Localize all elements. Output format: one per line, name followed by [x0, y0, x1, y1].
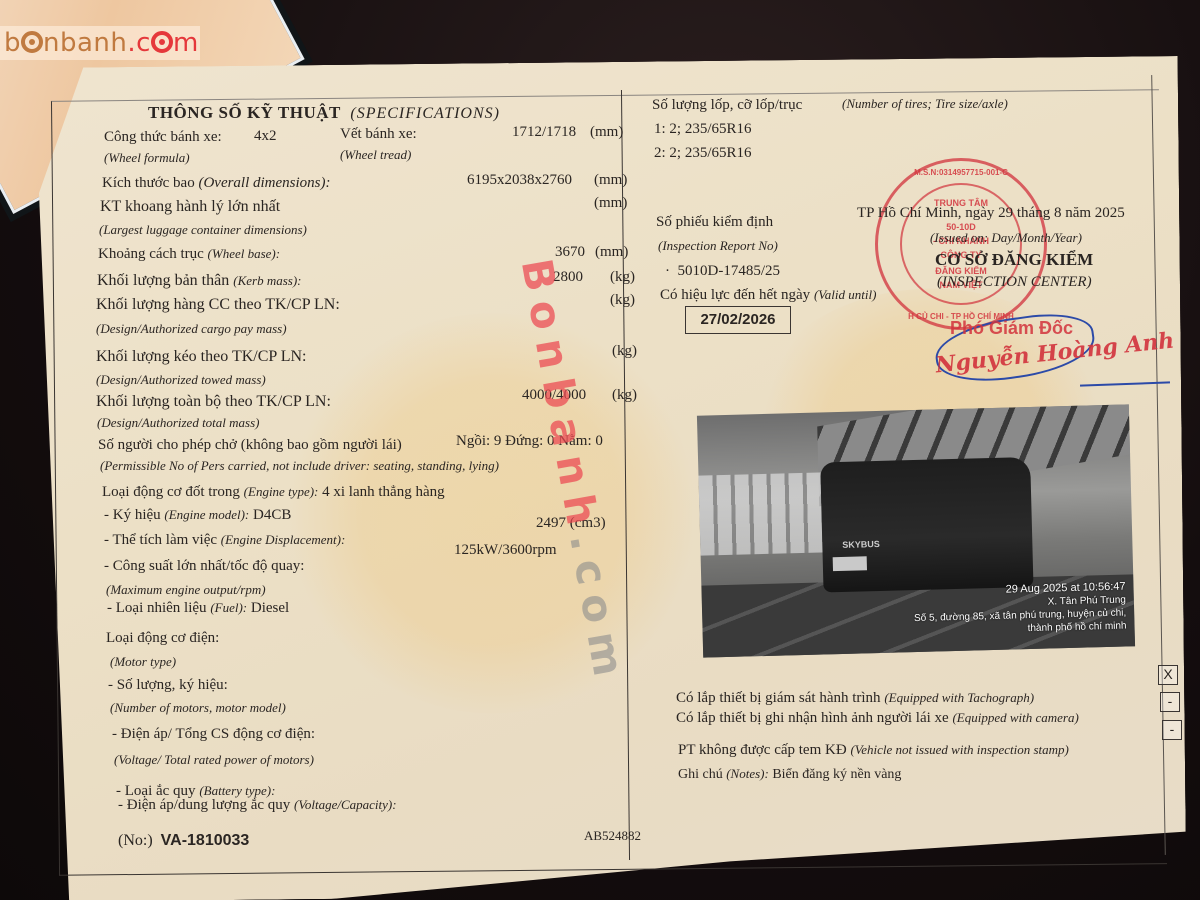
- towed-mass-label-en: (Design/Authorized towed mass): [96, 372, 266, 388]
- inspection-label-en: (Inspection Report No): [658, 238, 778, 254]
- camera-checkbox: -: [1160, 692, 1180, 712]
- wheel-formula-label-en: (Wheel formula): [104, 150, 190, 166]
- tires-label: Số lượng lốp, cỡ lốp/trục: [652, 97, 802, 114]
- motor-power-label-en: (Voltage/ Total rated power of motors): [114, 752, 314, 768]
- photo-location-1: X. Tân Phú Trung: [1048, 595, 1126, 608]
- tires-axle-2: 2: 2; 235/65R16: [654, 145, 752, 162]
- issued-label-en: (Issued on: Day/Month/Year): [930, 230, 1082, 246]
- motor-type-label: Loại động cơ điện:: [106, 630, 219, 647]
- document-number: (No:) VA-1810033: [118, 832, 249, 850]
- total-mass-label: Khối lượng toàn bộ theo TK/CP LN:: [96, 393, 331, 411]
- wheel-formula-label: Công thức bánh xe:: [104, 129, 222, 146]
- luggage-dimensions-label: KT khoang hành lý lớn nhất: [100, 198, 280, 216]
- kerb-mass-row: Khối lượng bản thân (Kerb mass):: [97, 272, 301, 290]
- max-output-value: 125kW/3600rpm: [454, 542, 557, 559]
- wheel-tread-label-en: (Wheel tread): [340, 147, 411, 163]
- motor-power-label: - Điện áp/ Tổng CS động cơ điện:: [112, 726, 315, 743]
- overall-dimensions-row: Kích thước bao (Overall dimensions):: [102, 175, 331, 192]
- wheel-tread-value: 1712/1718: [512, 124, 576, 141]
- wheel-tread-unit: (mm): [590, 124, 623, 141]
- signature-title: Phó Giám Đốc: [950, 318, 1073, 339]
- persons-label: Số người cho phép chở (không bao gồm ngư…: [98, 437, 402, 454]
- total-mass-label-en: (Design/Authorized total mass): [97, 415, 260, 431]
- wheel-icon: [151, 31, 173, 53]
- battery-capacity-row: - Điện áp/dung lượng ắc quy (Voltage/Cap…: [118, 797, 397, 814]
- luggage-dimensions-label-en: (Largest luggage container dimensions): [99, 222, 307, 238]
- wheel-formula-value: 4x2: [254, 128, 277, 145]
- site-logo: bnbanh.cm: [0, 26, 200, 60]
- towed-mass-label: Khối lượng kéo theo TK/CP LN:: [96, 348, 306, 366]
- engine-type-row: Loại động cơ đốt trong (Engine type): 4 …: [102, 484, 445, 501]
- max-output-label: - Công suất lớn nhất/tốc độ quay:: [104, 558, 304, 575]
- wheel-tread-label: Vết bánh xe:: [340, 126, 417, 143]
- valid-until-row: Có hiệu lực đến hết ngày (Valid until): [660, 287, 876, 304]
- tires-axle-1: 1: 2; 235/65R16: [654, 121, 752, 138]
- inspection-center-title: CƠ SỞ ĐĂNG KIỂM: [935, 250, 1093, 270]
- no-stamp-row: PT không được cấp tem KĐ (Vehicle not is…: [678, 742, 1069, 759]
- towed-mass-unit: (kg): [612, 343, 637, 360]
- camera-row: Có lắp thiết bị ghi nhận hình ảnh người …: [676, 710, 1079, 727]
- inspection-label: Số phiếu kiểm định: [656, 214, 773, 231]
- valid-until-date: 27/02/2026: [685, 306, 791, 334]
- max-output-label-en: (Maximum engine output/rpm): [106, 582, 266, 598]
- notes-row: Ghi chú (Notes): Biển đăng ký nền vàng: [678, 766, 901, 783]
- total-mass-unit: (kg): [612, 387, 637, 404]
- cargo-mass-label-en: (Design/Authorized cargo pay mass): [96, 321, 287, 337]
- tachograph-checkbox: X: [1158, 665, 1178, 685]
- no-stamp-checkbox: -: [1162, 720, 1182, 740]
- background-card-text: VIỆT NAM: [89, 0, 168, 4]
- luggage-dimensions-unit: (mm): [594, 195, 627, 212]
- inspection-center-title-en: (INSPECTION CENTER): [937, 274, 1092, 291]
- spec-title: THÔNG SỐ KỸ THUẬT (SPECIFICATIONS): [148, 103, 500, 123]
- wheel-icon: [21, 31, 43, 53]
- motor-count-label: - Số lượng, ký hiệu:: [108, 677, 228, 694]
- overall-dimensions-unit: (mm): [594, 172, 627, 189]
- displacement-row: - Thể tích làm việc (Engine Displacement…: [104, 532, 345, 549]
- inspection-number: · 5010D-17485/25: [665, 263, 780, 280]
- issued-place-date: TP Hồ Chí Minh, ngày 29 tháng 8 năm 2025: [857, 205, 1125, 222]
- persons-label-en: (Permissible No of Pers carried, not inc…: [100, 458, 499, 474]
- serial-number: AB524882: [584, 828, 641, 844]
- wheel-base-unit: (mm): [595, 244, 628, 261]
- motor-type-label-en: (Motor type): [110, 654, 176, 670]
- fuel-row: - Loại nhiên liệu (Fuel): Diesel: [107, 600, 289, 617]
- overall-dimensions-value: 6195x2038x2760: [467, 172, 572, 189]
- cargo-mass-label: Khối lượng hàng CC theo TK/CP LN:: [96, 296, 340, 314]
- tachograph-row: Có lắp thiết bị giám sát hành trình (Equ…: [676, 690, 1034, 707]
- kerb-mass-unit: (kg): [610, 269, 635, 286]
- van-image: SKYBUS: [820, 457, 1033, 592]
- cargo-mass-unit: (kg): [610, 292, 635, 309]
- tires-label-en: (Number of tires; Tire size/axle): [842, 96, 1008, 112]
- wheel-base-row: Khoảng cách trục (Wheel base):: [98, 246, 280, 263]
- motor-count-label-en: (Number of motors, motor model): [110, 700, 286, 716]
- engine-model-row: - Ký hiệu (Engine model): D4CB: [104, 507, 291, 524]
- vehicle-photo: SKYBUS 29 Aug 2025 at 10:56:47 X. Tân Ph…: [697, 404, 1135, 657]
